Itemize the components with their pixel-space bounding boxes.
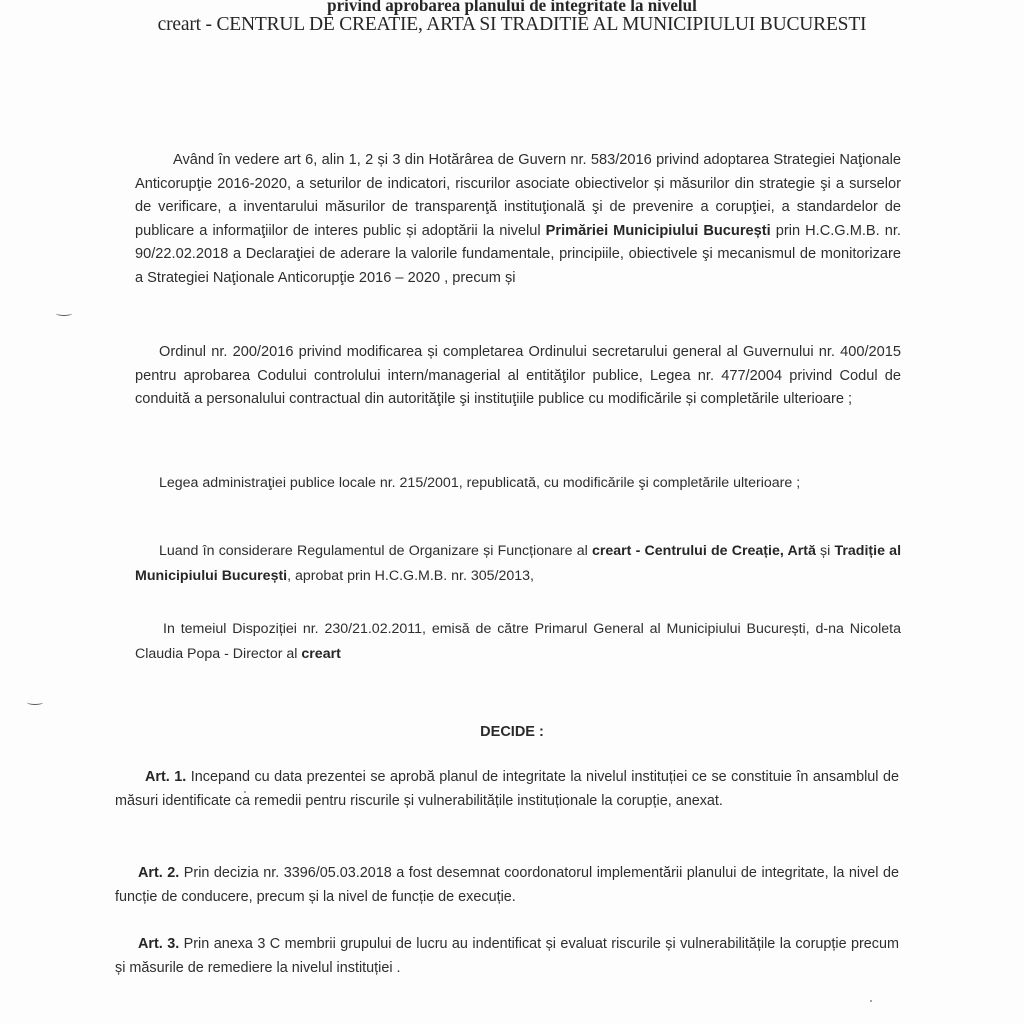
article-text: Prin decizia nr. 3396/05.03.2018 a fost … xyxy=(115,865,899,905)
preamble-paragraph-1: Având în vedere art 6, alin 1, 2 și 3 di… xyxy=(135,149,901,291)
document-title-line-2: creart - CENTRUL DE CREATIE, ARTA SI TRA… xyxy=(0,14,1024,36)
article-2: Art. 2. Prin decizia nr. 3396/05.03.2018… xyxy=(115,861,899,909)
scan-speck xyxy=(244,791,246,793)
article-1: Art. 1. Incepand cu data prezentei se ap… xyxy=(115,765,899,813)
article-3: Art. 3. Prin anexa 3 C membrii grupului … xyxy=(115,932,899,980)
article-text: Prin anexa 3 C membrii grupului de lucru… xyxy=(115,936,899,976)
article-label: Art. 3. xyxy=(138,936,179,952)
paragraph-text: Luand în considerare Regulamentul de Org… xyxy=(159,543,592,559)
organization-short-name: creart xyxy=(158,14,201,35)
paragraph-text: In temeiul Dispoziției nr. 230/21.02.201… xyxy=(135,621,901,662)
organization-full-name: - CENTRUL DE CREATIE, ARTA SI TRADITIE A… xyxy=(201,14,866,35)
scan-margin-mark xyxy=(27,700,43,705)
preamble-paragraph-4: Luand în considerare Regulamentul de Org… xyxy=(135,539,901,588)
emphasized-text: creart - Centrului de Creație, Artă xyxy=(592,543,816,559)
scanned-document-page: privind aprobarea planului de integritat… xyxy=(0,0,1024,1024)
paragraph-text: , aprobat prin H.C.G.M.B. nr. 305/2013, xyxy=(287,568,534,584)
paragraph-text: Ordinul nr. 200/2016 privind modificarea… xyxy=(135,344,901,407)
scan-margin-mark xyxy=(56,311,72,316)
paragraph-text: și xyxy=(816,543,835,559)
article-label: Art. 2. xyxy=(138,865,179,881)
article-text: Incepand cu data prezentei se aprobă pla… xyxy=(115,769,899,809)
decide-heading: DECIDE : xyxy=(0,724,1024,740)
emphasized-text: creart xyxy=(301,646,340,662)
scan-speck xyxy=(870,1000,872,1002)
preamble-paragraph-2: Ordinul nr. 200/2016 privind modificarea… xyxy=(135,341,901,412)
preamble-paragraph-5: In temeiul Dispoziției nr. 230/21.02.201… xyxy=(135,617,901,666)
article-label: Art. 1. xyxy=(145,769,186,785)
preamble-paragraph-3: Legea administraţiei publice locale nr. … xyxy=(135,472,901,496)
paragraph-text: Legea administraţiei publice locale nr. … xyxy=(159,475,800,491)
emphasized-text: Primăriei Municipiului București xyxy=(546,223,771,239)
